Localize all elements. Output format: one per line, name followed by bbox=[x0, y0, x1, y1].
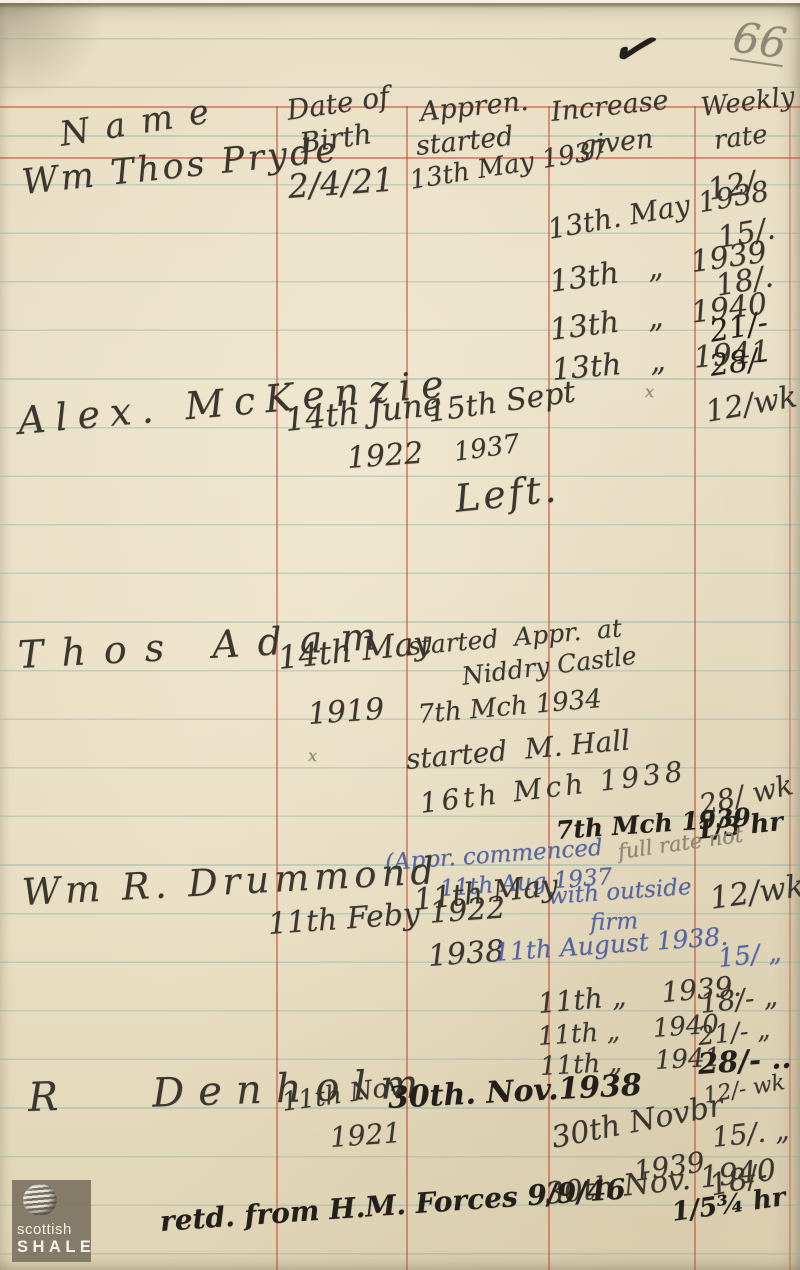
ledger-page-scan: ✓66NameDate ofBirthAppren.startedIncreas… bbox=[0, 0, 800, 1270]
pencil-x-mark-1: x bbox=[645, 384, 654, 400]
page-number: 66 bbox=[730, 16, 789, 67]
denholm-dob-line2: 1921 bbox=[329, 1119, 402, 1152]
globe-icon bbox=[23, 1184, 57, 1216]
watermark-text-scottish: scottish bbox=[17, 1222, 86, 1238]
denholm-forces-note: retd. from H.M. Forces 9/9/46 bbox=[159, 1175, 626, 1235]
col-header-dob-line1: Date of bbox=[285, 83, 391, 125]
drummond-dob: 11th Feby 1922 bbox=[267, 893, 507, 940]
mckenzie-started-line2: 1937 bbox=[452, 431, 521, 466]
col-header-appren-line1: Appren. bbox=[419, 88, 530, 126]
handwriting-layer: ✓66NameDate ofBirthAppren.startedIncreas… bbox=[0, 0, 800, 1270]
mckenzie-rate: 12/wk bbox=[703, 382, 799, 428]
col-header-increase-line1: Increase bbox=[550, 87, 670, 126]
denholm-increase-1-rate: 15/. „ bbox=[711, 1116, 791, 1152]
col-header-name: Name bbox=[57, 92, 227, 152]
mckenzie-dob-line2: 1922 bbox=[346, 439, 424, 474]
col-header-rate-line1: Weekly bbox=[699, 84, 796, 121]
adam-dob-line2: 1919 bbox=[307, 695, 385, 730]
checkmark: ✓ bbox=[606, 19, 659, 78]
mckenzie-left-note: Left. bbox=[453, 469, 561, 518]
pencil-x-mark-2: x bbox=[308, 748, 317, 764]
adam-started-line3: 7th Mch 1934 bbox=[417, 686, 603, 728]
drummond-increase-1-date: 11th August 1938. bbox=[493, 924, 729, 965]
watermark-text-shale: SHALE bbox=[17, 1238, 86, 1258]
drummond-rate: 12/wk bbox=[708, 871, 800, 915]
pryde-increase-4-rate: 28/- bbox=[708, 344, 770, 382]
scottish-shale-watermark: scottish SHALE bbox=[12, 1180, 91, 1262]
col-header-rate-line2: rate bbox=[712, 122, 769, 154]
pryde-dob: 2/4/21 bbox=[287, 163, 395, 203]
drummond-increase-1-rate: 15/ „ bbox=[717, 939, 783, 972]
